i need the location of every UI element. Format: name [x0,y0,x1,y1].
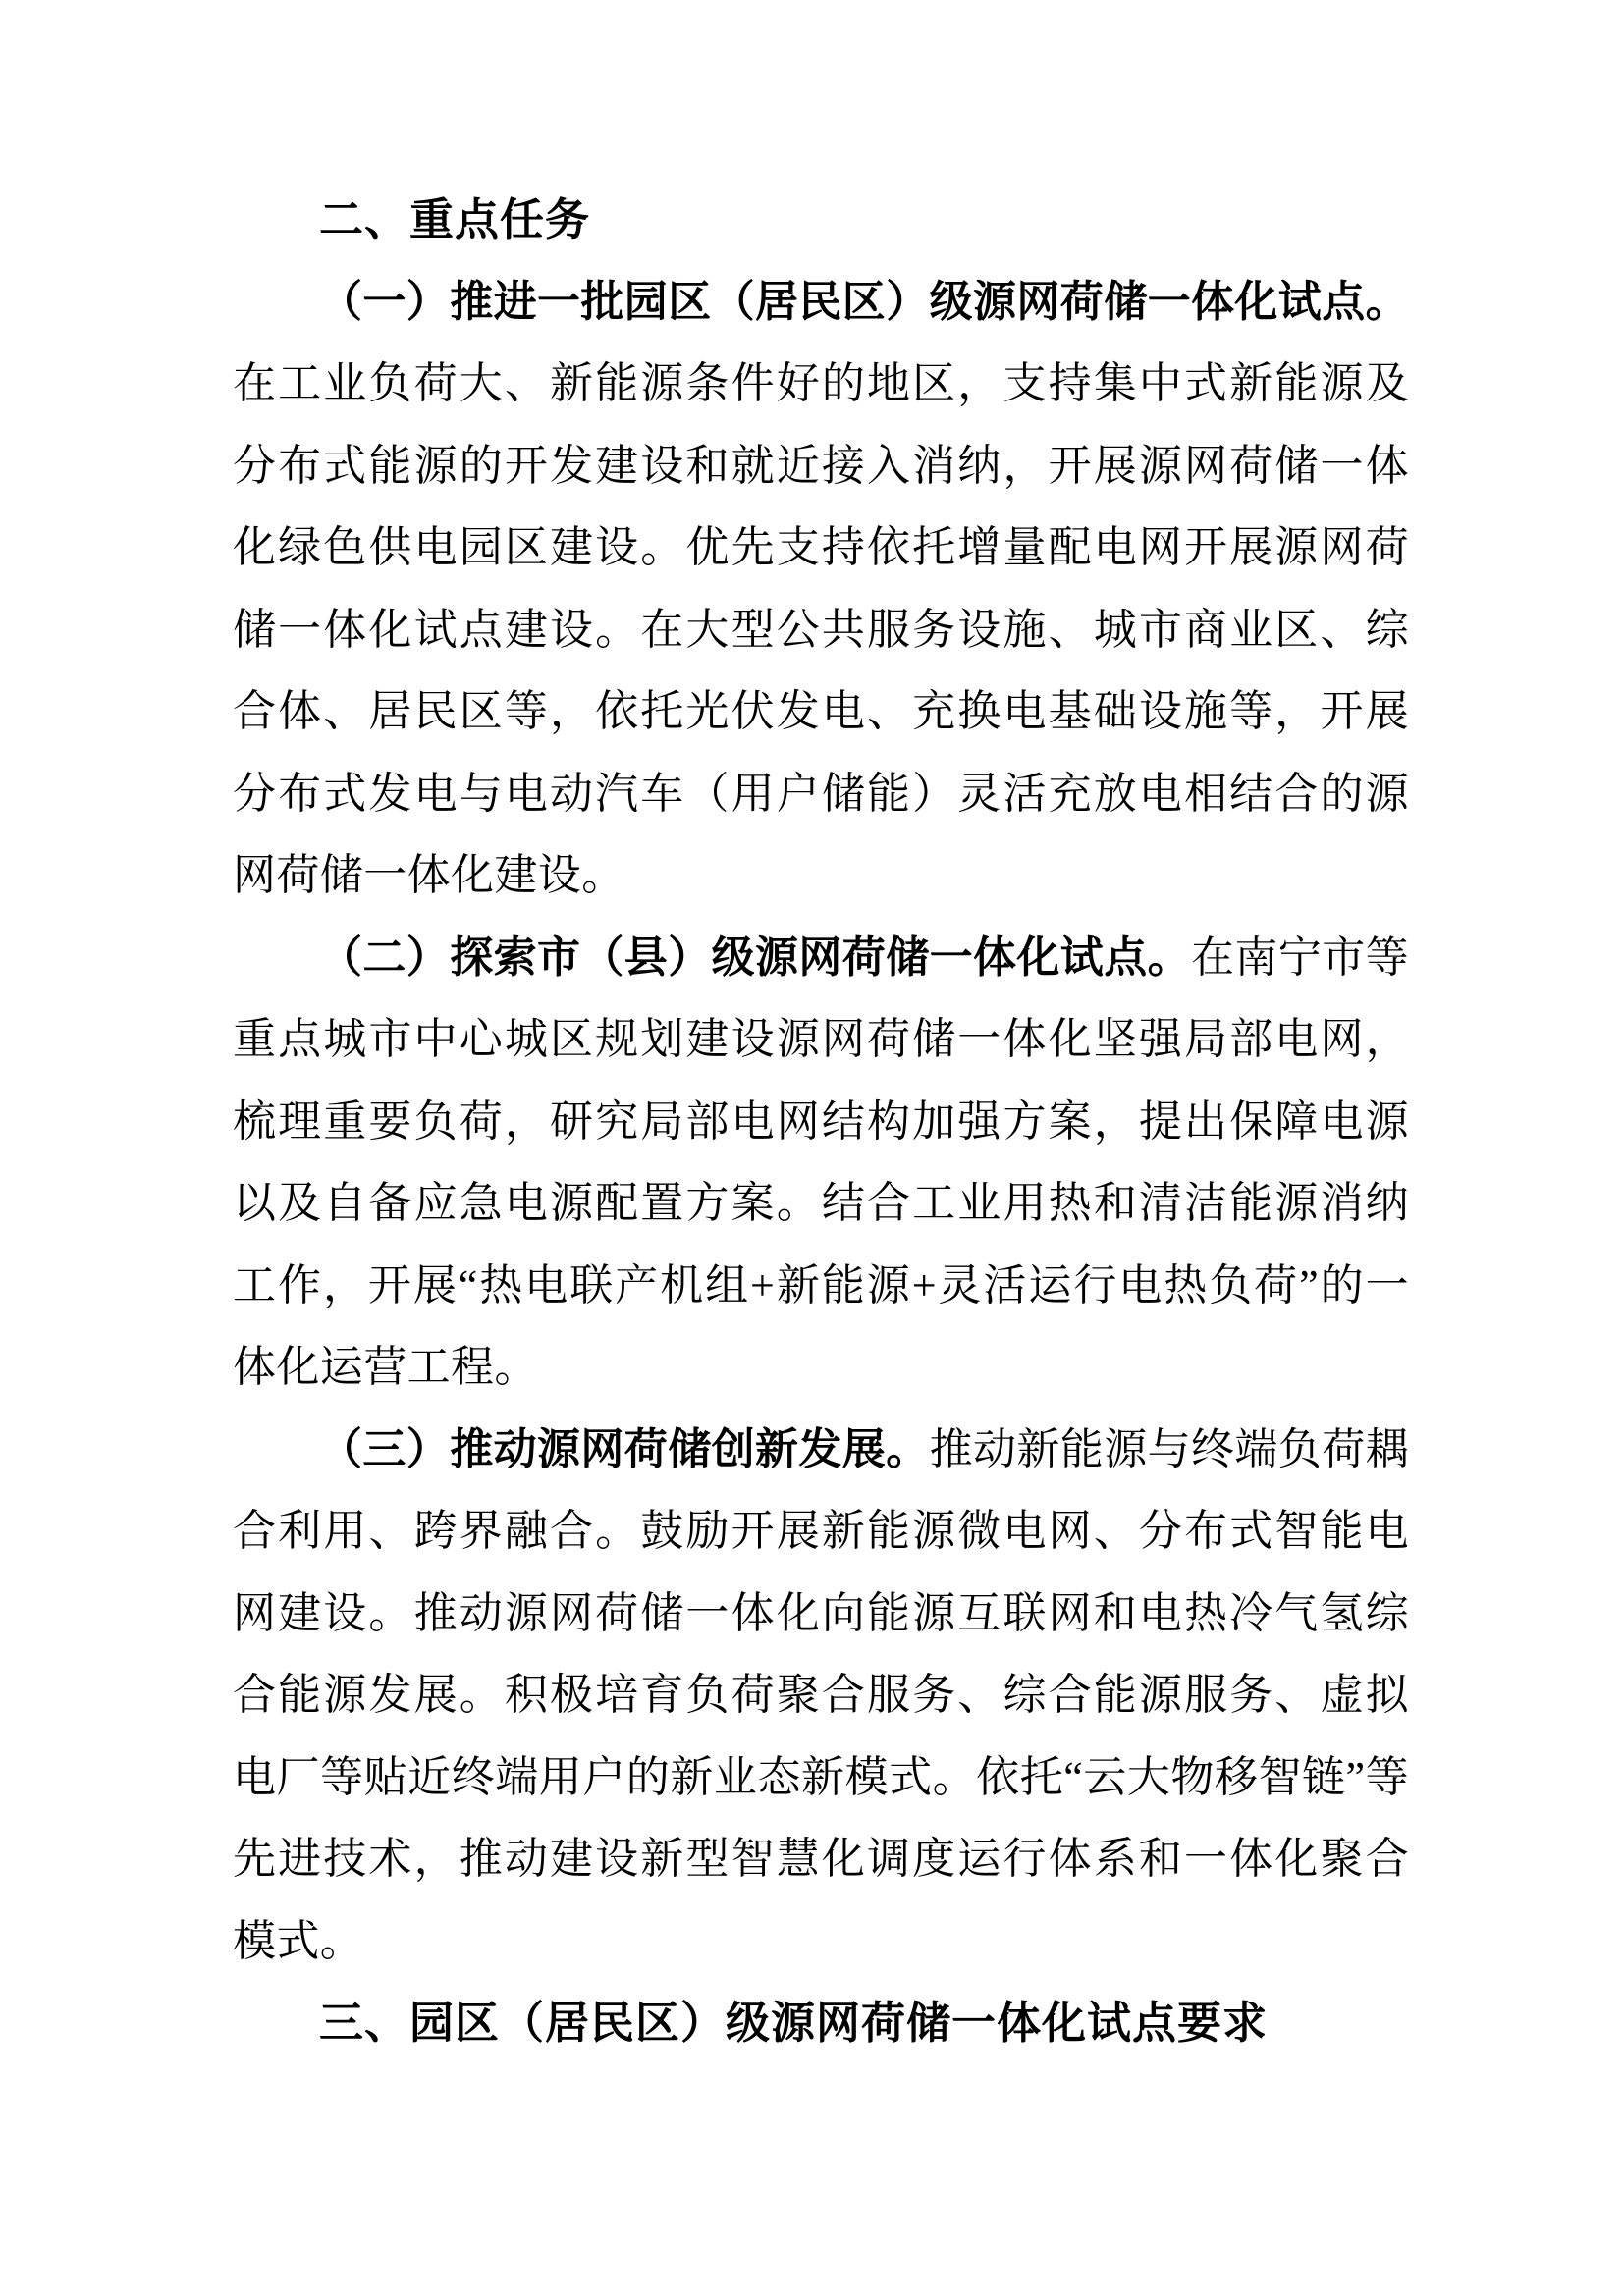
document-page: 二、重点任务 （一）推进一批园区（居民区）级源网荷储一体化试点。在工业负荷大、新… [0,0,1624,2296]
paragraph-1-lead: （一）推进一批园区（居民区）级源网荷储一体化试点。 [319,278,1409,326]
section-heading-3: 三、园区（居民区）级源网荷储一体化试点要求 [233,1982,1409,2064]
paragraph-2-text: 在南宁市等重点城市中心城区规划建设源网荷储一体化坚强局部电网，梳理重要负荷，研究… [233,934,1409,1392]
section-heading-2: 二、重点任务 [233,179,1409,261]
paragraph-3-text: 推动新能源与终端负荷耦合利用、跨界融合。鼓励开展新能源微电网、分布式智能电网建设… [233,1425,1409,1965]
paragraph-3: （三）推动源网荷储创新发展。推动新能源与终端负荷耦合利用、跨界融合。鼓励开展新能… [233,1409,1409,1983]
paragraph-1: （一）推进一批园区（居民区）级源网荷储一体化试点。在工业负荷大、新能源条件好的地… [233,261,1409,917]
paragraph-2: （二）探索市（县）级源网荷储一体化试点。在南宁市等重点城市中心城区规划建设源网荷… [233,917,1409,1409]
paragraph-2-lead: （二）探索市（县）级源网荷储一体化试点。 [319,934,1191,982]
paragraph-3-lead: （三）推动源网荷储创新发展。 [319,1425,930,1473]
paragraph-1-text: 在工业负荷大、新能源条件好的地区，支持集中式新能源及分布式能源的开发建设和就近接… [233,359,1409,899]
document-body: 二、重点任务 （一）推进一批园区（居民区）级源网荷储一体化试点。在工业负荷大、新… [233,179,1409,2064]
